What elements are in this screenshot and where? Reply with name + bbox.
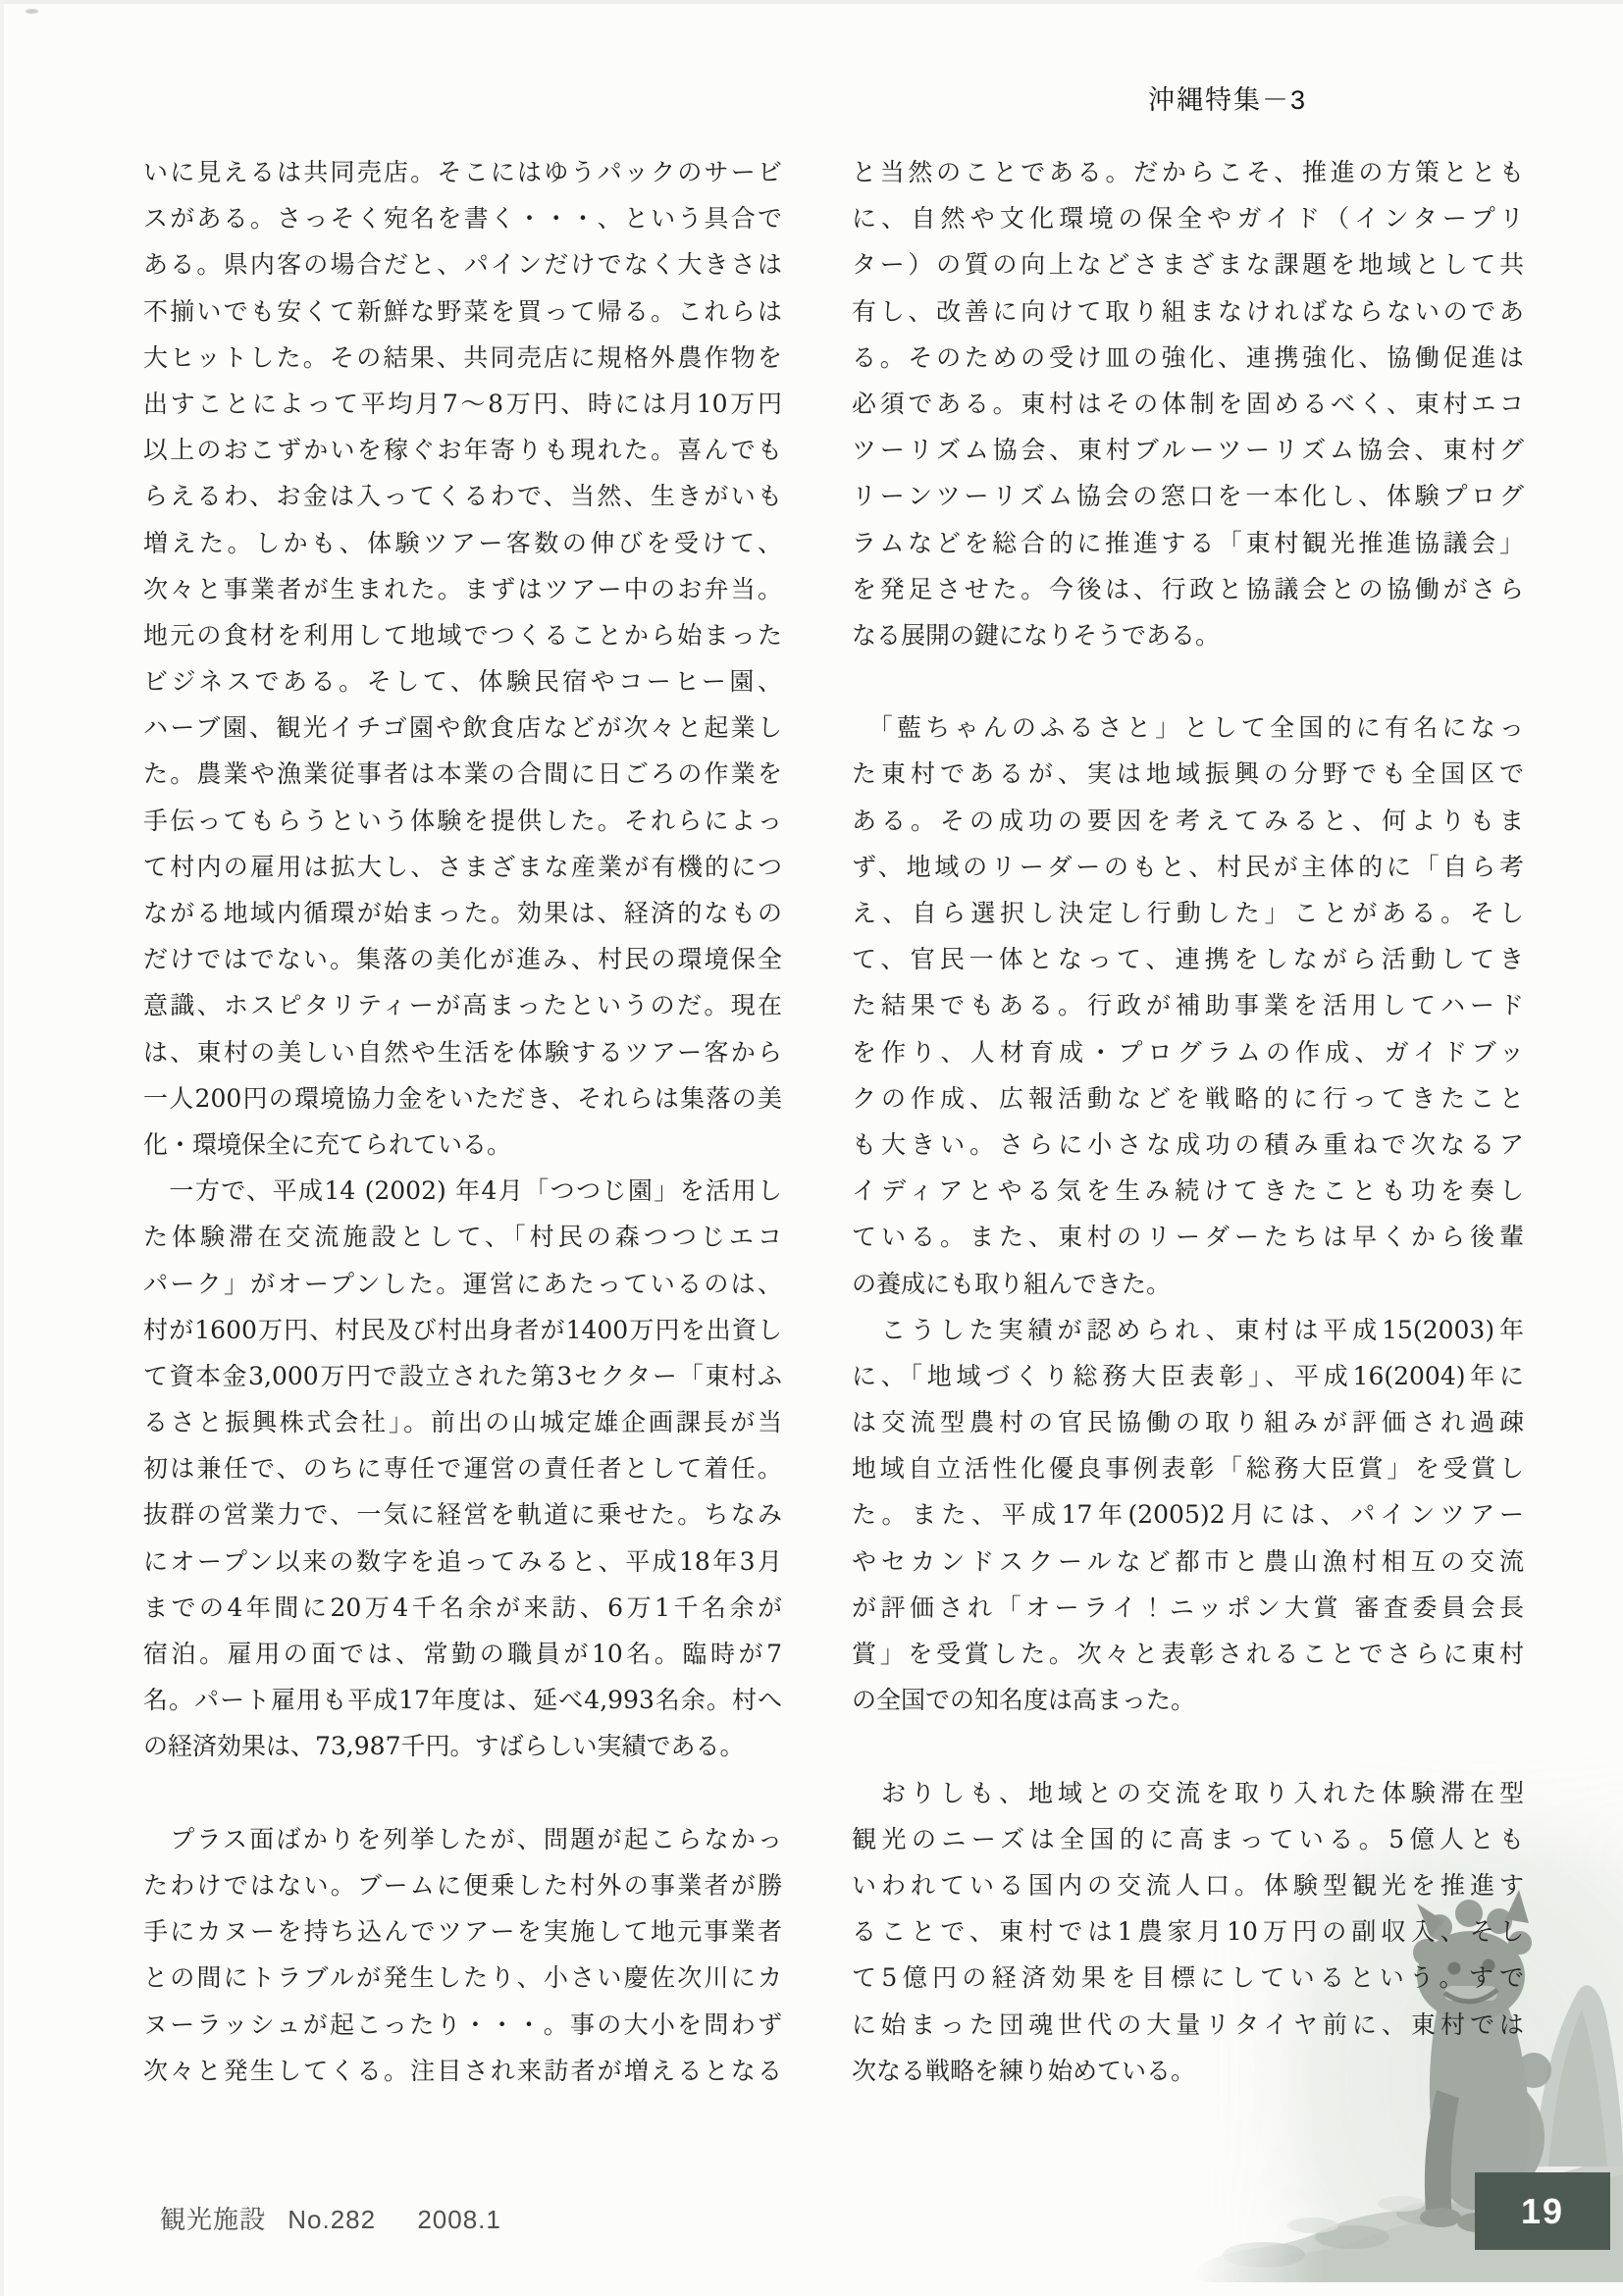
text-line: 次なる戦略を練り始めている。 [852,2048,1524,2094]
text-line: パーク」がオープンした。運営にあたっているのは、 [143,1261,782,1307]
text-line: ビジネスである。そして、体験民宿やコーヒー園、 [143,658,782,704]
text-line: 必須である。東村はその体制を固めるべく、東村エコ [852,381,1524,427]
text-line: た体験滞在交流施設として、「村民の森つつじエコ [143,1214,782,1260]
text-line: た。また、平成17年(2005)2月には、パインツアー [852,1491,1524,1538]
text-line: 出すことによって平均月7～8万円、時には月10万円 [143,381,782,427]
text-line: ず、地域のリーダーのもと、村民が主体的に「自ら考 [852,844,1524,890]
text-line: の全国での知名度は高まった。 [852,1677,1524,1723]
text-line: を作り、人材育成・プログラムの作成、ガイドブッ [852,1029,1524,1075]
text-line: やセカンドスクールなど都市と農山漁村相互の交流 [852,1539,1524,1585]
text-line: 次々と発生してくる。注目され来訪者が増えるとなる [143,2048,782,2094]
text-line: プラス面ばかりを列挙したが、問題が起こらなかっ [143,1816,782,1862]
text-line: るさと振興株式会社」。前出の山城定雄企画課長が当 [143,1399,782,1445]
text-line: の養成にも取り組んできた。 [852,1261,1524,1307]
scan-speck [26,9,38,14]
text-line: 村が1600万円、村民及び村出身者が1400万円を出資し [143,1307,782,1353]
text-line: に、「地域づくり総務大臣表彰」、平成16(2004)年に [852,1353,1524,1399]
text-line: て、官民一体となって、連携をしながら活動してき [852,936,1524,982]
text-line: ることで、東村では1農家月10万円の副収入、そし [852,1908,1524,1955]
text-line: も大きい。さらに小さな成功の積み重ねで次なるア [852,1122,1524,1168]
text-line: 意識、ホスピタリティーが高まったというのだ。現在 [143,982,782,1028]
text-line: クの作成、広報活動などを戦略的に行ってきたこと [852,1075,1524,1122]
text-line: 一方で、平成14 (2002) 年4月「つつじ園」を活用し [143,1168,782,1214]
text-line: た結果でもある。行政が補助事業を活用してハード [852,982,1524,1028]
text-line: ツーリズム協会、東村ブルーツーリズム協会、東村グ [852,427,1524,473]
text-line: て村内の雇用は拡大し、さまざまな産業が有機的につ [143,844,782,890]
text-line: との間にトラブルが発生したり、小さい慶佐次川にカ [143,1955,782,2001]
text-line: た東村であるが、実は地域振興の分野でも全国区で [852,751,1524,797]
text-line: 一人200円の環境協力金をいただき、それらは集落の美 [143,1075,782,1122]
text-line: 地元の食材を利用して地域でつくることから始まった [143,612,782,658]
text-line: 宿泊。雇用の面では、常勤の職員が10名。臨時が7 [143,1631,782,1677]
text-line: ター）の質の向上などさまざまな課題を地域として共 [852,241,1524,287]
scan-edge-left [0,0,4,2296]
text-line: て資本金3,000万円で設立された第3セクター「東村ふ [143,1353,782,1399]
text-line: たわけではない。ブームに便乗した村外の事業者が勝 [143,1862,782,1908]
page-footer: 観光施設 No.282 2008.1 [160,2200,501,2236]
text-line: リーンツーリズム協会の窓口を一本化し、体験プログ [852,473,1524,519]
text-line: いわれている国内の交流人口。体験型観光を推進す [852,1862,1524,1908]
text-line: 手にカヌーを持ち込んでツアーを実施して地元事業者 [143,1908,782,1955]
text-line: イディアとやる気を生み続けてきたことも功を奏し [852,1168,1524,1214]
text-line: 化・環境保全に充てられている。 [143,1122,782,1168]
text-line: なる展開の鍵になりそうである。 [852,612,1524,658]
text-line: スがある。さっそく宛名を書く・・・、という具合で [143,195,782,241]
text-line: ヌーラッシュが起こったり・・・。事の大小を問わず [143,2002,782,2048]
text-line: 増えた。しかも、体験ツアー客数の伸びを受けて、 [143,520,782,566]
text-line: る。そのための受け皿の強化、連携強化、協働促進は [852,335,1524,381]
text-line: は交流型農村の官民協働の取り組みが評価され過疎 [852,1399,1524,1445]
text-line: 「藍ちゃんのふるさと」として全国的に有名になっ [852,704,1524,751]
text-line: ある。その成功の要因を考えてみると、何よりもま [852,798,1524,844]
footer-issue-number: No.282 [288,2205,376,2234]
page-number: 19 [1521,2191,1564,2232]
text-line: いに見えるは共同売店。そこにはゆうパックのサービ [143,149,782,195]
text-line: 初は兼任で、のちに専任で運営の責任者として着任。 [143,1445,782,1491]
text-line: 有し、改善に向けて取り組まなければならないのであ [852,288,1524,335]
text-line: までの4年間に20万4千名余が来訪、6万1千名余が [143,1585,782,1631]
text-line: は、東村の美しい自然や生活を体験するツアー客から [143,1029,782,1075]
text-line: て5億円の経済効果を目標にしているという。すで [852,1955,1524,2001]
page-number-box: 19 [1475,2172,1610,2250]
text-line: 次々と事業者が生まれた。まずはツアー中のお弁当。 [143,566,782,612]
paragraph-gap [852,1723,1524,1769]
footer-issue-date: 2008.1 [417,2205,501,2234]
text-line: 名。パート雇用も平成17年度は、延べ4,993名余。村へ [143,1677,782,1723]
text-line: 以上のおこずかいを稼ぐお年寄りも現れた。喜んでも [143,427,782,473]
text-line: 地域自立活性化優良事例表彰「総務大臣賞」を受賞し [852,1445,1524,1491]
text-line: た。農業や漁業従事者は本業の合間に日ごろの作業を [143,751,782,797]
text-column-left: いに見えるは共同売店。そこにはゆうパックのサービスがある。さっそく宛名を書く・・… [143,149,782,2094]
text-line: ている。また、東村のリーダーたちは早くから後輩 [852,1214,1524,1260]
text-line: らえるわ、お金は入ってくるわで、当然、生きがいも [143,473,782,519]
text-line: を発足させた。今後は、行政と協議会との協働がさら [852,566,1524,612]
text-line: に、自然や文化環境の保全やガイド（インタープリ [852,195,1524,241]
text-line: ラムなどを総合的に推進する「東村観光推進協議会」 [852,520,1524,566]
running-head: 沖縄特集－3 [1148,78,1307,117]
text-line: の経済効果は、73,987千円。すばらしい実績である。 [143,1723,782,1769]
text-line: おりしも、地域との交流を取り入れた体験滞在型 [852,1770,1524,1816]
text-line: ハーブ園、観光イチゴ園や飲食店などが次々と起業し [143,704,782,751]
text-line: 大ヒットした。その結果、共同売店に規格外農作物を [143,335,782,381]
text-line: 不揃いでも安くて新鮮な野菜を買って帰る。これらは [143,288,782,335]
scan-edge-top [0,0,1623,4]
text-line: ながる地域内循環が始まった。効果は、経済的なもの [143,890,782,936]
text-line: え、自ら選択し決定し行動した」ことがある。そし [852,890,1524,936]
paragraph-gap [143,1770,782,1816]
text-line: 手伝ってもらうという体験を提供した。それらによっ [143,798,782,844]
text-line: こうした実績が認められ、東村は平成15(2003)年 [852,1307,1524,1353]
text-line: と当然のことである。だからこそ、推進の方策ととも [852,149,1524,195]
text-line: だけではでない。集落の美化が進み、村民の環境保全 [143,936,782,982]
text-line: が評価され「オーライ！ニッポン大賞 審査委員会長 [852,1585,1524,1631]
text-line: 抜群の営業力で、一気に経営を軌道に乗せた。ちなみ [143,1491,782,1538]
paragraph-gap [852,658,1524,704]
footer-journal-title: 観光施設 [160,2205,266,2234]
text-line: 観光のニーズは全国的に高まっている。5億人とも [852,1816,1524,1862]
text-line: にオープン以来の数字を追ってみると、平成18年3月 [143,1539,782,1585]
text-line: 賞」を受賞した。次々と表彰されることでさらに東村 [852,1631,1524,1677]
text-line: に始まった団魂世代の大量リタイヤ前に、東村では [852,2002,1524,2048]
text-line: ある。県内客の場合だと、パインだけでなく大きさは [143,241,782,287]
text-column-right: と当然のことである。だからこそ、推進の方策とともに、自然や文化環境の保全やガイド… [852,149,1524,2094]
